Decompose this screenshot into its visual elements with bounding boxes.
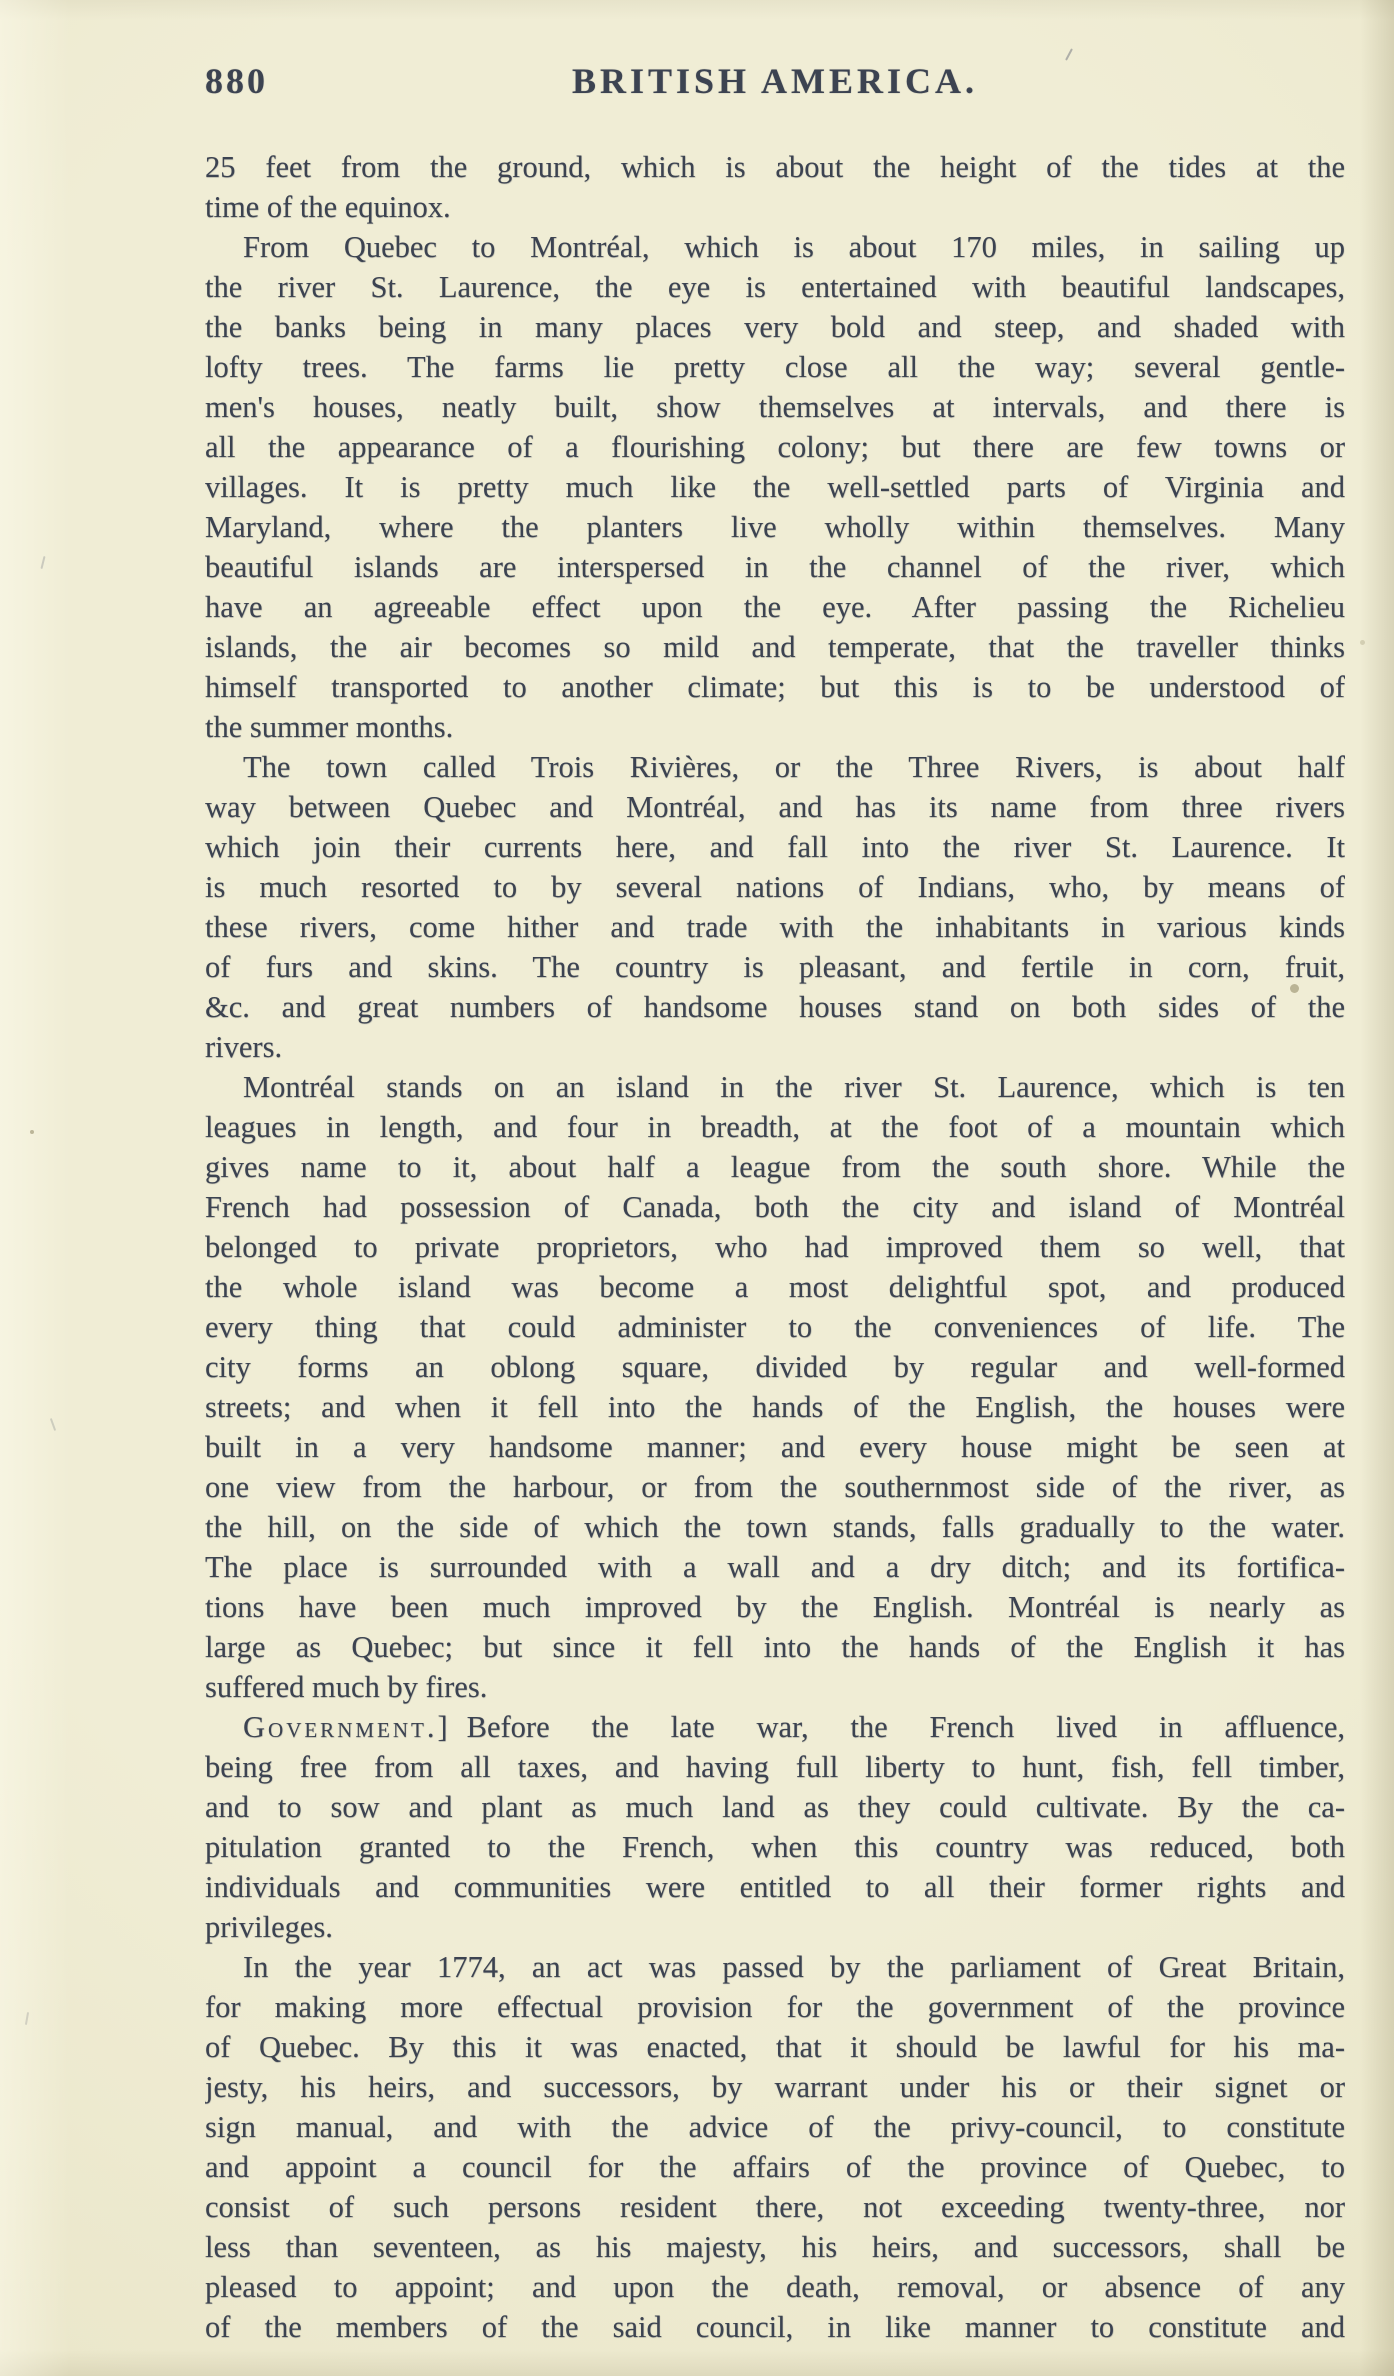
scan-speck — [30, 1130, 34, 1134]
paragraph-montreal-island: Montréal stands on an island in the rive… — [205, 1067, 1345, 1707]
paragraph-quebec-montreal: From Quebec to Montréal, which is about … — [205, 227, 1345, 747]
text-line: The place is surrounded with a wall and … — [205, 1547, 1345, 1587]
text-line: villages. It is pretty much like the wel… — [205, 467, 1345, 507]
text-line: gives name to it, about half a league fr… — [205, 1147, 1345, 1187]
scan-speck — [40, 556, 45, 569]
paragraph-act-1774: In the year 1774, an act was passed by t… — [205, 1947, 1345, 2347]
text-line: time of the equinox. — [205, 187, 1345, 227]
text-line: rivers. — [205, 1027, 1345, 1067]
text-line: and to sow and plant as much land as the… — [205, 1787, 1345, 1827]
text-line: these rivers, come hither and trade with… — [205, 907, 1345, 947]
text-line: pitulation granted to the French, when t… — [205, 1827, 1345, 1867]
paragraph-trois-rivieres: The town called Trois Rivières, or the T… — [205, 747, 1345, 1067]
text-block: 25 feet from the ground, which is about … — [205, 147, 1345, 2347]
text-line: way between Quebec and Montréal, and has… — [205, 787, 1345, 827]
text-line: of Quebec. By this it was enacted, that … — [205, 2027, 1345, 2067]
book-page: 880 BRITISH AMERICA. 25 feet from the gr… — [0, 0, 1394, 2376]
running-head: 880 BRITISH AMERICA. — [205, 58, 1345, 104]
text-line: privileges. — [205, 1907, 1345, 1947]
text-line: every thing that could administer to the… — [205, 1307, 1345, 1347]
text-line: of furs and skins. The country is pleasa… — [205, 947, 1345, 987]
text-line: have an agreeable effect upon the eye. A… — [205, 587, 1345, 627]
text-line: individuals and communities were entitle… — [205, 1867, 1345, 1907]
text-line: all the appearance of a flourishing colo… — [205, 427, 1345, 467]
text-line: pleased to appoint; and upon the death, … — [205, 2267, 1345, 2307]
text-line: the hill, on the side of which the town … — [205, 1507, 1345, 1547]
scan-speck — [25, 2012, 29, 2025]
text-line: streets; and when it fell into the hands… — [205, 1387, 1345, 1427]
text-line: In the year 1774, an act was passed by t… — [205, 1947, 1345, 1987]
text-line: himself transported to another climate; … — [205, 667, 1345, 707]
text-line: large as Quebec; but since it fell into … — [205, 1627, 1345, 1667]
text-line: suffered much by fires. — [205, 1667, 1345, 1707]
text-line: Government.]Before the late war, the Fre… — [205, 1707, 1345, 1747]
page-number: 880 — [205, 58, 268, 104]
paragraph-continuation: 25 feet from the ground, which is about … — [205, 147, 1345, 227]
text-line: which join their currents here, and fall… — [205, 827, 1345, 867]
text-line: beautiful islands are interspersed in th… — [205, 547, 1345, 587]
text-line: leagues in length, and four in breadth, … — [205, 1107, 1345, 1147]
text-line: tions have been much improved by the Eng… — [205, 1587, 1345, 1627]
text-line: jesty, his heirs, and successors, by war… — [205, 2067, 1345, 2107]
section-lead: Government.] — [243, 1710, 451, 1744]
text-line: being free from all taxes, and having fu… — [205, 1747, 1345, 1787]
text-line: consist of such persons resident there, … — [205, 2187, 1345, 2227]
scan-speck — [50, 1418, 56, 1431]
text-line: the whole island was become a most delig… — [205, 1267, 1345, 1307]
text-line: men's houses, neatly built, show themsel… — [205, 387, 1345, 427]
text-line: city forms an oblong square, divided by … — [205, 1347, 1345, 1387]
text-line: less than seventeen, as his majesty, his… — [205, 2227, 1345, 2267]
text-line: &c. and great numbers of handsome houses… — [205, 987, 1345, 1027]
text-line: one view from the harbour, or from the s… — [205, 1467, 1345, 1507]
text-line: for making more effectual provision for … — [205, 1987, 1345, 2027]
text-line: the summer months. — [205, 707, 1345, 747]
paragraph-government: Government.]Before the late war, the Fre… — [205, 1707, 1345, 1947]
text-line: the river St. Laurence, the eye is enter… — [205, 267, 1345, 307]
text-line: built in a very handsome manner; and eve… — [205, 1427, 1345, 1467]
text-line: The town called Trois Rivières, or the T… — [205, 747, 1345, 787]
text-line: belonged to private proprietors, who had… — [205, 1227, 1345, 1267]
text-line: Montréal stands on an island in the rive… — [205, 1067, 1345, 1107]
text-line: of the members of the said council, in l… — [205, 2307, 1345, 2347]
running-title: BRITISH AMERICA. — [205, 58, 1345, 104]
text-line: From Quebec to Montréal, which is about … — [205, 227, 1345, 267]
text-line: French had possession of Canada, both th… — [205, 1187, 1345, 1227]
text-line: and appoint a council for the affairs of… — [205, 2147, 1345, 2187]
text-line: is much resorted to by several nations o… — [205, 867, 1345, 907]
text-line: 25 feet from the ground, which is about … — [205, 147, 1345, 187]
text-line: Maryland, where the planters live wholly… — [205, 507, 1345, 547]
text-line: the banks being in many places very bold… — [205, 307, 1345, 347]
text-line: islands, the air becomes so mild and tem… — [205, 627, 1345, 667]
text-line: sign manual, and with the advice of the … — [205, 2107, 1345, 2147]
text-line: lofty trees. The farms lie pretty close … — [205, 347, 1345, 387]
scan-speck — [1360, 640, 1365, 645]
